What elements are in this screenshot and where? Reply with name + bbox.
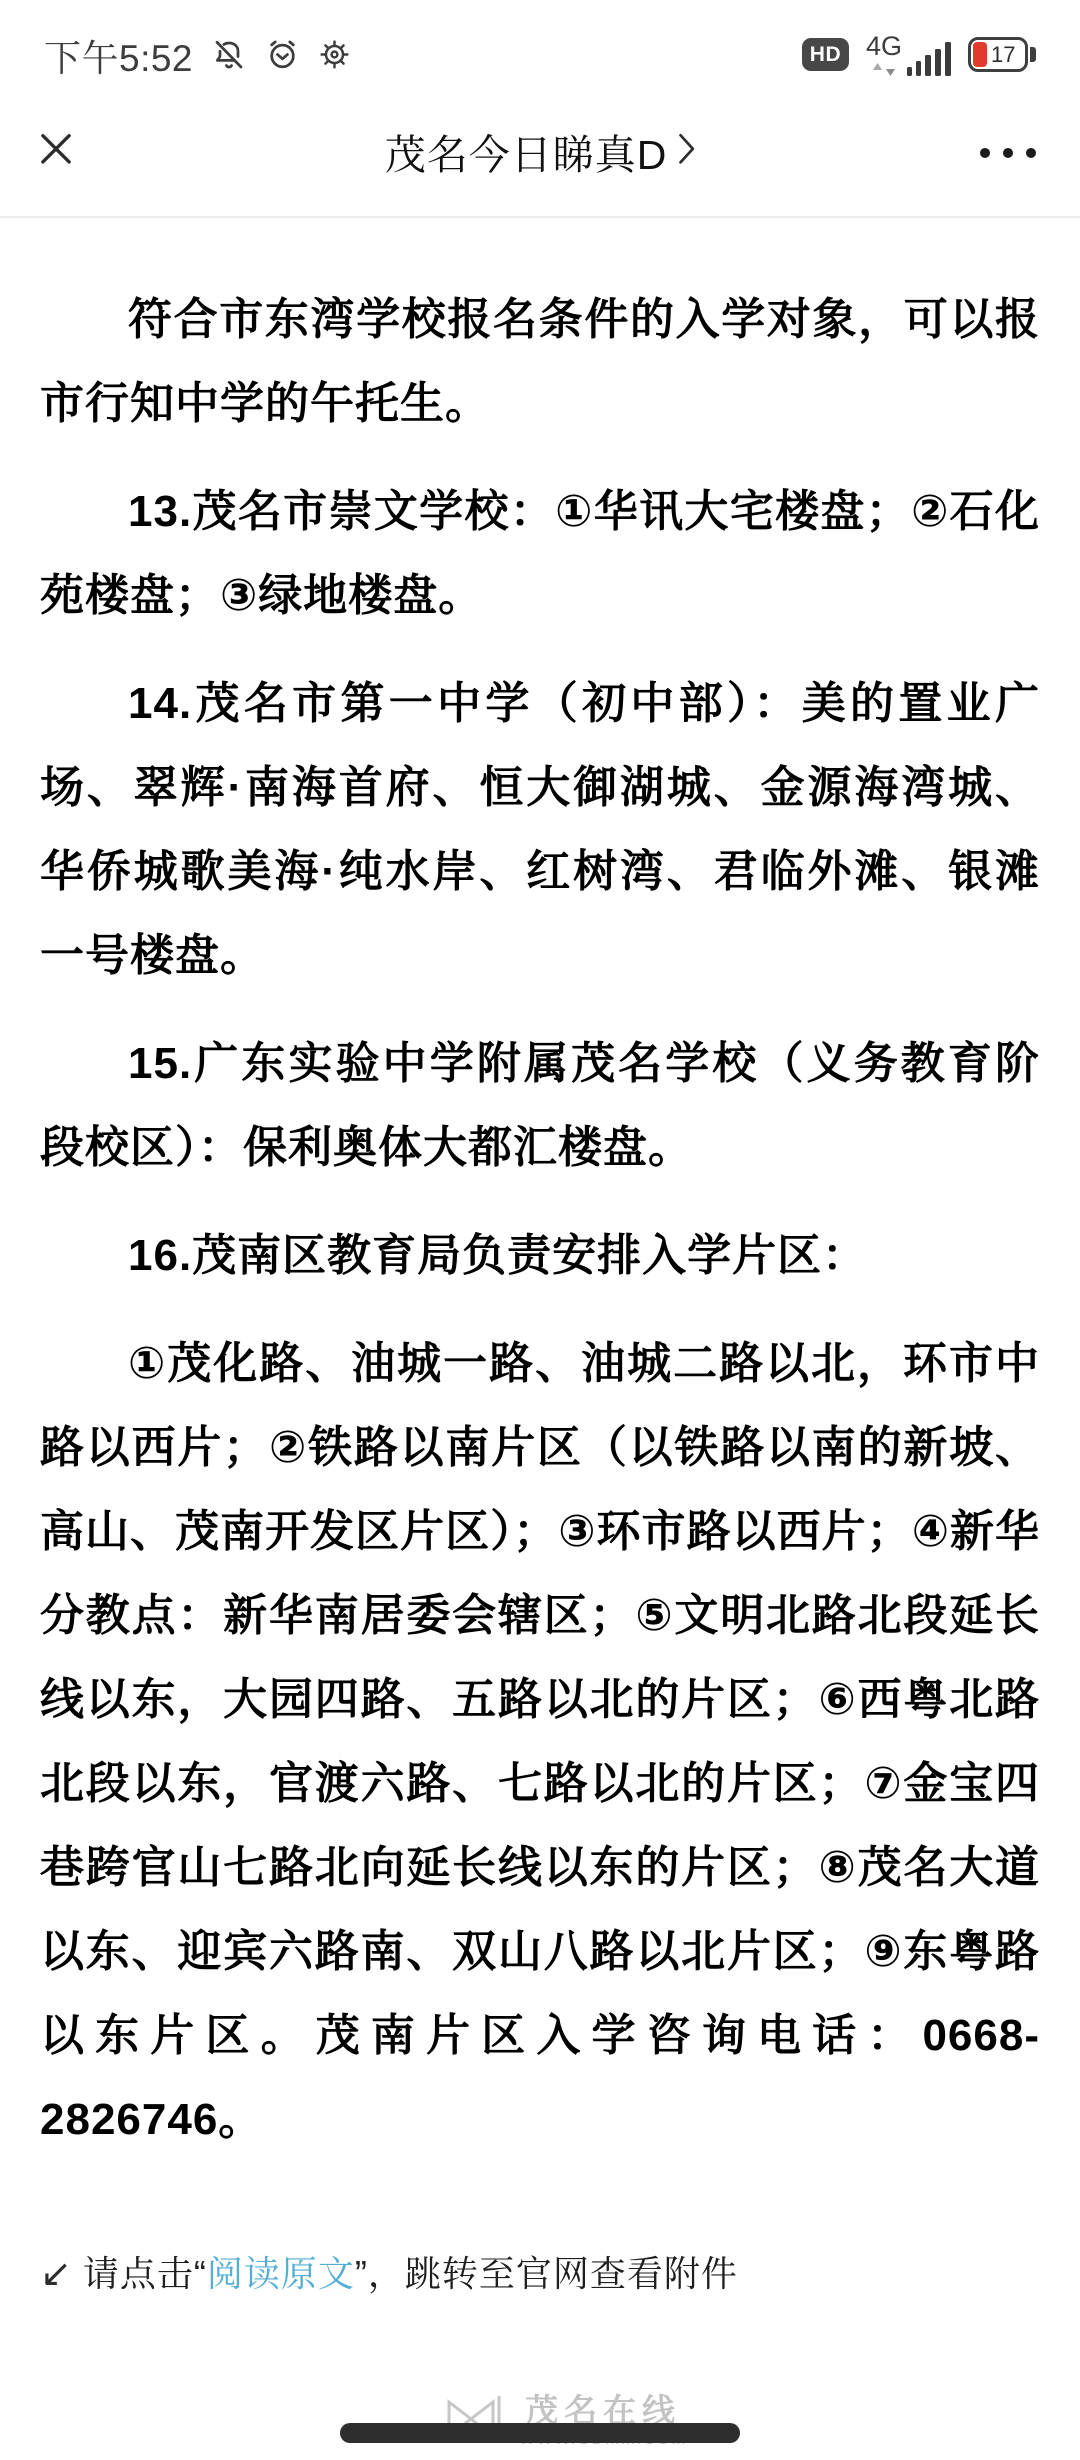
alarm-icon xyxy=(265,37,300,72)
page-title: 茂名今日睇真D xyxy=(385,121,668,180)
article-body: 符合市东湾学校报名条件的入学对象，可以报市行知中学的午托生。 13.茂名市崇文学… xyxy=(0,220,1080,2300)
open-quote: “ xyxy=(194,2248,207,2300)
note-prefix: 请点击 xyxy=(83,2248,194,2300)
note-suffix: ，跳转至官网查看附件 xyxy=(368,2248,738,2300)
article-paragraph: 15.广东实验中学附属茂名学校（义务教育阶段校区）：保利奥体大都汇楼盘。 xyxy=(40,1022,1040,1190)
battery-indicator: 17 xyxy=(968,37,1036,72)
more-menu-icon xyxy=(980,147,1036,157)
notifications-muted-icon xyxy=(211,37,247,73)
article-paragraph: ①茂化路、油城一路、油城二路以北，环市中路以西片；②铁路以南片区（以铁路以南的新… xyxy=(40,1322,1040,2162)
battery-percent: 17 xyxy=(991,44,1015,66)
signal-4g: 4G xyxy=(866,33,951,76)
close-quote: ” xyxy=(355,2248,368,2300)
gesture-nav-handle[interactable] xyxy=(340,2423,740,2443)
more-menu-button[interactable] xyxy=(976,133,1040,171)
data-arrows-icon xyxy=(872,63,896,76)
status-time: 下午5:52 xyxy=(44,28,193,82)
article-paragraph: 16.茂南区教育局负责安排入学片区： xyxy=(40,1214,1040,1298)
read-original-note: ↙请点击“阅读原文”，跳转至官网查看附件 xyxy=(40,2248,1040,2300)
account-title[interactable]: 茂名今日睇真D xyxy=(385,121,696,180)
hd-badge: HD xyxy=(802,38,849,71)
signal-bars-icon xyxy=(907,42,951,76)
article-paragraph: 13.茂名市崇文学校：①华讯大宅楼盘；②石化苑楼盘；③绿地楼盘。 xyxy=(40,470,1040,638)
wechat-article-header: 茂名今日睇真D xyxy=(0,95,1080,218)
close-button[interactable] xyxy=(30,125,82,177)
status-bar: 下午5:52 xyxy=(0,0,1080,95)
watermark-logo-icon xyxy=(445,2390,507,2453)
read-original-link[interactable]: 阅读原文 xyxy=(207,2248,355,2300)
chevron-right-icon xyxy=(677,132,695,169)
status-bar-left: 下午5:52 xyxy=(44,28,351,82)
network-type-label: 4G xyxy=(866,33,902,60)
status-bar-right: HD 4G 17 xyxy=(802,33,1036,76)
battery-nub xyxy=(1030,47,1036,62)
article-paragraph: 符合市东湾学校报名条件的入学对象，可以报市行知中学的午托生。 xyxy=(40,278,1040,446)
phone-screen: 下午5:52 xyxy=(0,0,1080,2460)
close-icon xyxy=(35,128,77,175)
battery-fill xyxy=(973,42,987,67)
settings-icon xyxy=(318,38,351,71)
arrow-down-left-icon: ↙ xyxy=(40,2248,73,2300)
article-paragraph: 14.茂名市第一中学（初中部）：美的置业广场、翠辉·南海首府、恒大御湖城、金源海… xyxy=(40,662,1040,998)
site-watermark: 茂名在线 WWW.GDMM.COM xyxy=(445,2390,687,2453)
